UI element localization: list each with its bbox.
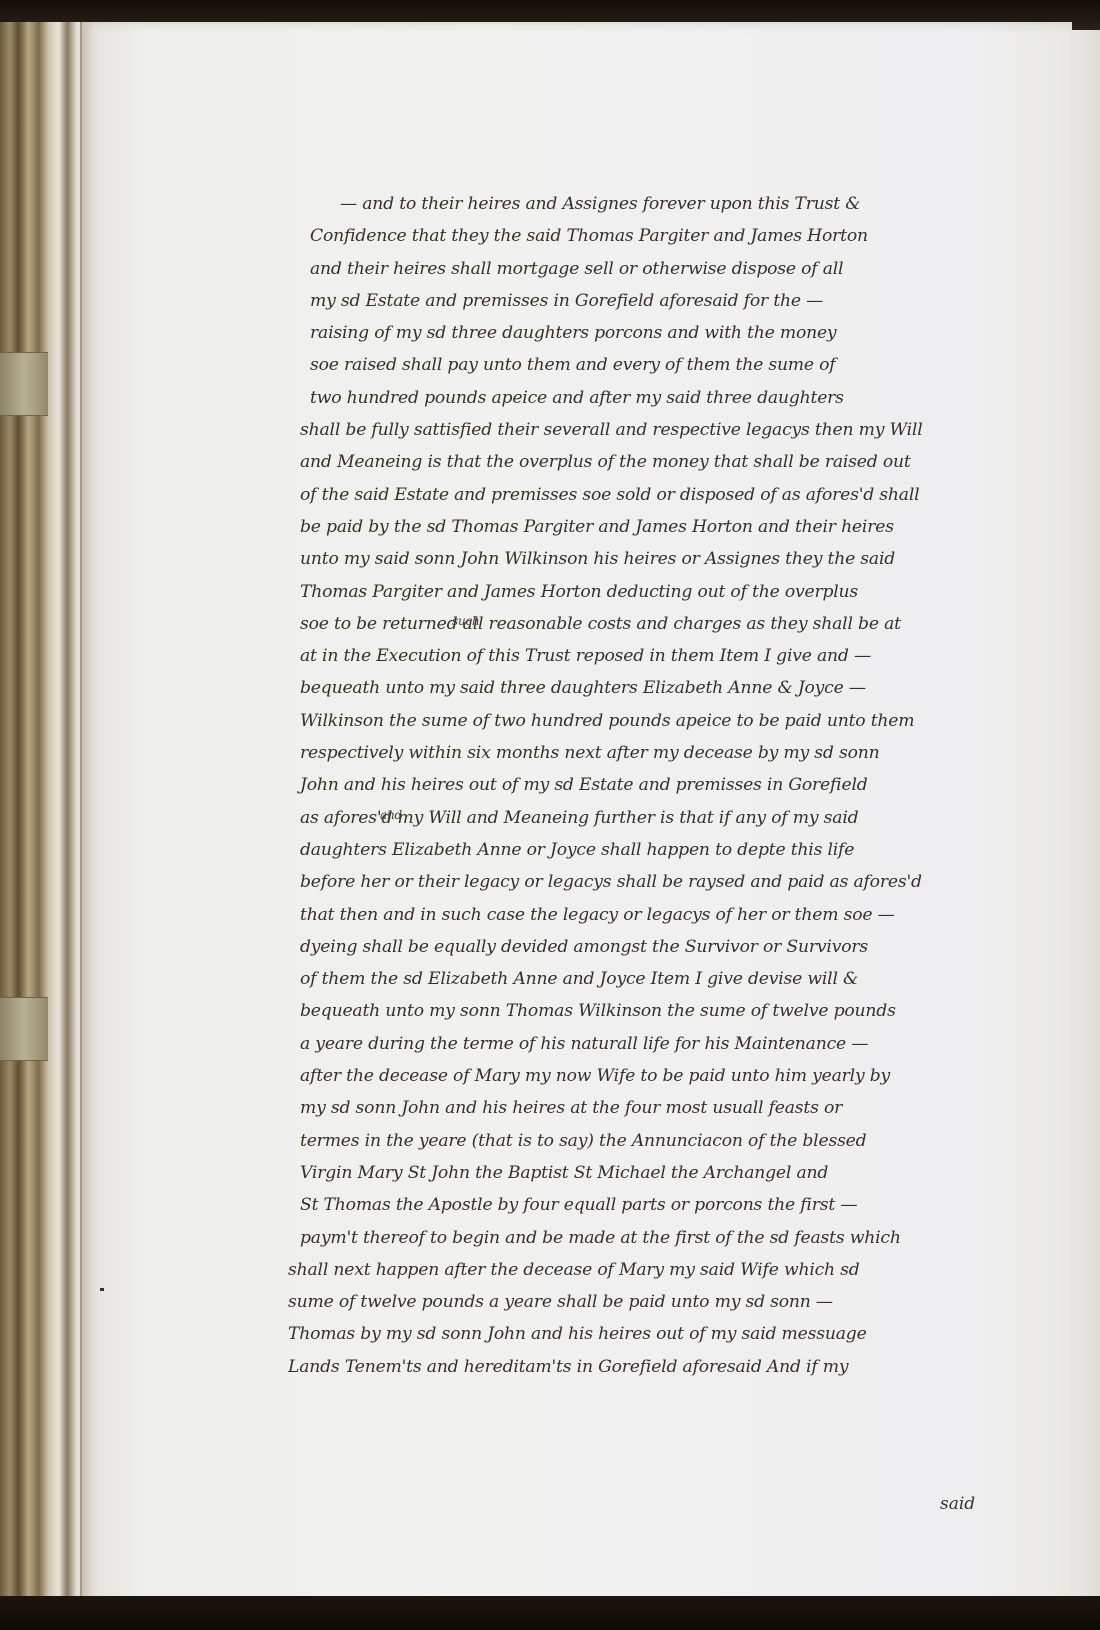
text-line: paym't thereof to begin and be made at t… [288, 1222, 1048, 1254]
text-line: St Thomas the Apostle by four equall par… [288, 1189, 1048, 1221]
text-line: Virgin Mary St John the Baptist St Micha… [288, 1157, 1048, 1189]
text-line: daughters Elizabeth Anne or Joyce shall … [288, 834, 1048, 866]
text-line: of the said Estate and premisses soe sol… [288, 479, 1048, 511]
text-line: andas afores'd my Will and Meaneing furt… [288, 802, 1048, 834]
text-line: bequeath unto my sonn Thomas Wilkinson t… [288, 995, 1048, 1027]
text-line: — and to their heires and Assignes forev… [288, 188, 1048, 220]
text-line: a yeare during the terme of his naturall… [288, 1028, 1048, 1060]
text-line: respectively within six months next afte… [288, 737, 1048, 769]
catchword: said [940, 1494, 975, 1514]
text-line: that then and in such case the legacy or… [288, 899, 1048, 931]
text-line: soe raised shall pay unto them and every… [288, 349, 1048, 381]
book-binding-gutter [0, 22, 84, 1607]
text-line: and Meaneing is that the overplus of the… [288, 446, 1048, 478]
text-line: Thomas Pargiter and James Horton deducti… [288, 576, 1048, 608]
binding-tab-lower [0, 997, 48, 1061]
text-line: my sd Estate and premisses in Gorefield … [288, 285, 1048, 317]
text-line: termes in the yeare (that is to say) the… [288, 1125, 1048, 1157]
text-line: two hundred pounds apeice and after my s… [288, 382, 1048, 414]
binding-tab-upper [0, 352, 48, 416]
text-line: before her or their legacy or legacys sh… [288, 866, 1048, 898]
text-line: suchsoe to be returned all reasonable co… [288, 608, 1048, 640]
text-line: Confidence that they the said Thomas Par… [288, 220, 1048, 252]
bottom-shadow [0, 1596, 1100, 1630]
text-line: be paid by the sd Thomas Pargiter and Ja… [288, 511, 1048, 543]
text-line: and their heires shall mortgage sell or … [288, 253, 1048, 285]
text-line: dyeing shall be equally devided amongst … [288, 931, 1048, 963]
text-line: Lands Tenem'ts and hereditam'ts in Goref… [288, 1351, 1048, 1383]
text-line: shall be fully sattisfied their severall… [288, 414, 1048, 446]
text-line: after the decease of Mary my now Wife to… [288, 1060, 1048, 1092]
ink-mark [100, 1288, 104, 1291]
text-line: my sd sonn John and his heires at the fo… [288, 1092, 1048, 1124]
handwritten-text-block: — and to their heires and Assignes forev… [288, 188, 1048, 1383]
text-line: unto my said sonn John Wilkinson his hei… [288, 543, 1048, 575]
text-line: at in the Execution of this Trust repose… [288, 640, 1048, 672]
text-line: of them the sd Elizabeth Anne and Joyce … [288, 963, 1048, 995]
text-line: Thomas by my sd sonn John and his heires… [288, 1318, 1048, 1350]
text-line: John and his heires out of my sd Estate … [288, 769, 1048, 801]
text-line: Wilkinson the sume of two hundred pounds… [288, 705, 1048, 737]
text-line: shall next happen after the decease of M… [288, 1254, 1048, 1286]
text-line: raising of my sd three daughters porcons… [288, 317, 1048, 349]
text-line: sume of twelve pounds a yeare shall be p… [288, 1286, 1048, 1318]
text-line: bequeath unto my said three daughters El… [288, 672, 1048, 704]
